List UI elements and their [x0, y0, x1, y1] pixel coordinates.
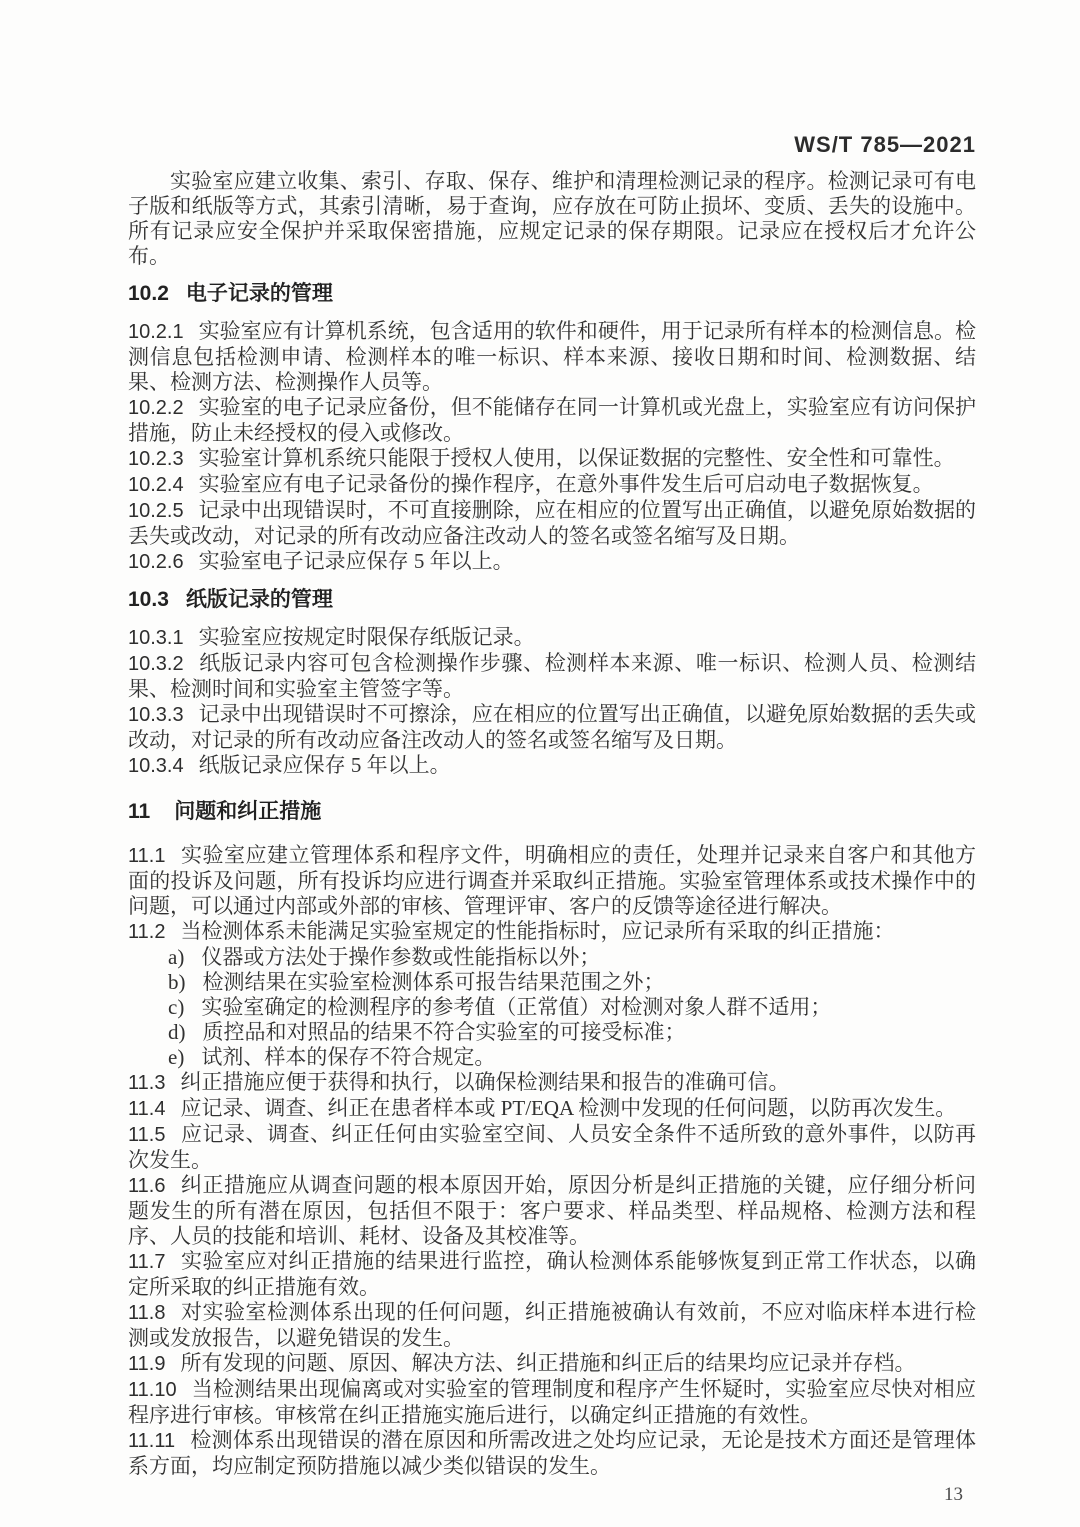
clause-11-7: 11.7实验室应对纠正措施的结果进行监控，确认检测体系能够恢复到正常工作状态，以… [128, 1249, 976, 1300]
clause-11-10: 11.10当检测结果出现偏离或对实验室的管理制度和程序产生怀疑时，实验室应尽快对… [128, 1377, 976, 1428]
clause-10-3-2: 10.3.2纸版记录内容可包含检测操作步骤、检测样本来源、唯一标识、检测人员、检… [128, 651, 976, 702]
list-item-label: d) [168, 1020, 186, 1044]
intro-paragraph: 实验室应建立收集、索引、存取、保存、维护和清理检测记录的程序。检测记录可有电子版… [128, 169, 976, 269]
clause-number: 11.7 [128, 1251, 165, 1273]
clause-text: 实验室计算机系统只能限于授权人使用，以保证数据的完整性、安全性和可靠性。 [199, 446, 955, 470]
section-title: 电子记录的管理 [186, 282, 333, 305]
list-item-label: b) [168, 970, 186, 994]
clause-number: 11.10 [128, 1379, 177, 1401]
clause-number: 11.5 [128, 1124, 165, 1146]
list-item-label: e) [168, 1045, 184, 1069]
clause-text: 纸版记录应保存 5 年以上。 [199, 753, 451, 777]
clause-10-2-1: 10.2.1实验室应有计算机系统，包含适用的软件和硬件，用于记录所有样本的检测信… [128, 319, 976, 395]
clause-11-5: 11.5应记录、调查、纠正任何由实验室空间、人员安全条件不适所致的意外事件，以防… [128, 1122, 976, 1173]
clause-11-9: 11.9所有发现的问题、原因、解决方法、纠正措施和纠正后的结果均应记录并存档。 [128, 1351, 976, 1377]
clause-11-6: 11.6纠正措施应从调查问题的根本原因开始，原因分析是纠正措施的关键，应仔细分析… [128, 1173, 976, 1249]
clause-text: 纠正措施应从调查问题的根本原因开始，原因分析是纠正措施的关键，应仔细分析问题发生… [128, 1173, 976, 1248]
clause-number: 10.3.2 [128, 653, 184, 675]
clause-number: 11.11 [128, 1430, 175, 1452]
clause-text: 实验室应有计算机系统，包含适用的软件和硬件，用于记录所有样本的检测信息。检测信息… [128, 319, 976, 394]
list-item-text: 仪器或方法处于操作参数或性能指标以外； [201, 945, 600, 969]
list-item-b: b)检测结果在实验室检测体系可报告结果范围之外； [128, 970, 976, 995]
clause-number: 10.2.1 [128, 321, 184, 343]
clause-number: 10.3.1 [128, 627, 184, 649]
clause-11-8: 11.8对实验室检测体系出现的任何问题，纠正措施被确认有效前，不应对临床样本进行… [128, 1300, 976, 1351]
clause-text: 记录中出现错误时不可擦涂，应在相应的位置写出正确值，以避免原始数据的丢失或改动，… [128, 702, 976, 752]
list-item-label: a) [168, 945, 184, 969]
section-title: 问题和纠正措施 [174, 800, 321, 823]
clause-10-3-3: 10.3.3记录中出现错误时不可擦涂，应在相应的位置写出正确值，以避免原始数据的… [128, 702, 976, 753]
clause-number: 10.2.4 [128, 474, 184, 496]
clause-text: 实验室电子记录应保存 5 年以上。 [199, 549, 514, 573]
clause-text: 纠正措施应便于获得和执行，以确保检测结果和报告的准确可信。 [180, 1070, 789, 1094]
clause-number: 11.4 [128, 1098, 165, 1120]
clause-text: 实验室应对纠正措施的结果进行监控，确认检测体系能够恢复到正常工作状态，以确定所采… [128, 1249, 976, 1299]
clause-text: 所有发现的问题、原因、解决方法、纠正措施和纠正后的结果均应记录并存档。 [180, 1351, 915, 1375]
clause-number: 10.2.3 [128, 448, 184, 470]
clause-text: 检测体系出现错误的潜在原因和所需改进之处均应记录，无论是技术方面还是管理体系方面… [128, 1428, 976, 1478]
clause-number: 10.2.2 [128, 397, 184, 419]
clause-number: 10.3.3 [128, 704, 184, 726]
clause-11-11: 11.11检测体系出现错误的潜在原因和所需改进之处均应记录，无论是技术方面还是管… [128, 1428, 976, 1479]
clause-text: 实验室应建立管理体系和程序文件，明确相应的责任，处理并记录来自客户和其他方面的投… [128, 843, 976, 918]
clause-number: 10.2.5 [128, 500, 184, 522]
section-heading-10-3: 10.3纸版记录的管理 [128, 587, 976, 612]
section-heading-11: 11问题和纠正措施 [128, 799, 976, 824]
standard-number-header: WS/T 785—2021 [128, 133, 976, 157]
section-title: 纸版记录的管理 [186, 588, 333, 611]
section-heading-10-2: 10.2电子记录的管理 [128, 281, 976, 306]
clause-11-1: 11.1实验室应建立管理体系和程序文件，明确相应的责任，处理并记录来自客户和其他… [128, 843, 976, 919]
section-number: 11 [128, 800, 150, 823]
list-item-e: e)试剂、样本的保存不符合规定。 [128, 1045, 976, 1070]
clause-text: 应记录、调查、纠正任何由实验室空间、人员安全条件不适所致的意外事件，以防再次发生… [128, 1122, 976, 1172]
section-number: 10.2 [128, 282, 169, 305]
clause-text: 实验室的电子记录应备份，但不能储存在同一计算机或光盘上，实验室应有访问保护措施，… [128, 395, 976, 445]
clause-11-2: 11.2当检测体系未能满足实验室规定的性能指标时，应记录所有采取的纠正措施： [128, 919, 976, 945]
clause-text: 纸版记录内容可包含检测操作步骤、检测样本来源、唯一标识、检测人员、检测结果、检测… [128, 651, 976, 701]
clause-11-3: 11.3纠正措施应便于获得和执行，以确保检测结果和报告的准确可信。 [128, 1070, 976, 1096]
list-item-text: 试剂、样本的保存不符合规定。 [201, 1045, 495, 1069]
clause-text: 记录中出现错误时，不可直接删除，应在相应的位置写出正确值，以避免原始数据的丢失或… [128, 498, 976, 548]
section-number: 10.3 [128, 588, 169, 611]
list-item-c: c)实验室确定的检测程序的参考值（正常值）对检测对象人群不适用； [128, 995, 976, 1020]
list-item-d: d)质控品和对照品的结果不符合实验室的可接受标准； [128, 1020, 976, 1045]
clause-10-2-6: 10.2.6实验室电子记录应保存 5 年以上。 [128, 549, 976, 575]
list-item-a: a)仪器或方法处于操作参数或性能指标以外； [128, 945, 976, 970]
clause-number: 11.3 [128, 1072, 165, 1094]
clause-number: 11.2 [128, 921, 165, 943]
clause-10-2-4: 10.2.4实验室应有电子记录备份的操作程序，在意外事件发生后可启动电子数据恢复… [128, 472, 976, 498]
clause-number: 11.6 [128, 1175, 165, 1197]
clause-text: 当检测结果出现偏离或对实验室的管理制度和程序产生怀疑时，实验室应尽快对相应程序进… [128, 1377, 976, 1427]
list-item-label: c) [168, 995, 184, 1019]
clause-number: 11.1 [128, 845, 165, 867]
page-number: 13 [128, 1482, 976, 1507]
clause-text: 实验室应按规定时限保存纸版记录。 [199, 625, 535, 649]
clause-10-2-3: 10.2.3实验室计算机系统只能限于授权人使用，以保证数据的完整性、安全性和可靠… [128, 446, 976, 472]
clause-text: 应记录、调查、纠正在患者样本或 PT/EQA 检测中发现的任何问题，以防再次发生… [180, 1096, 956, 1120]
clause-10-2-5: 10.2.5记录中出现错误时，不可直接删除，应在相应的位置写出正确值，以避免原始… [128, 498, 976, 549]
clause-10-2-2: 10.2.2实验室的电子记录应备份，但不能储存在同一计算机或光盘上，实验室应有访… [128, 395, 976, 446]
list-item-text: 质控品和对照品的结果不符合实验室的可接受标准； [203, 1020, 686, 1044]
clause-number: 10.3.4 [128, 755, 184, 777]
clause-text: 实验室应有电子记录备份的操作程序，在意外事件发生后可启动电子数据恢复。 [199, 472, 934, 496]
clause-number: 10.2.6 [128, 551, 184, 573]
document-page: WS/T 785—2021 实验室应建立收集、索引、存取、保存、维护和清理检测记… [0, 0, 1080, 1527]
clause-10-3-1: 10.3.1实验室应按规定时限保存纸版记录。 [128, 625, 976, 651]
clause-text: 当检测体系未能满足实验室规定的性能指标时，应记录所有采取的纠正措施： [180, 919, 894, 943]
list-item-text: 检测结果在实验室检测体系可报告结果范围之外； [203, 970, 665, 994]
clause-text: 对实验室检测体系出现的任何问题，纠正措施被确认有效前，不应对临床样本进行检测或发… [128, 1300, 976, 1350]
clause-number: 11.9 [128, 1353, 165, 1375]
clause-11-4: 11.4应记录、调查、纠正在患者样本或 PT/EQA 检测中发现的任何问题，以防… [128, 1096, 976, 1122]
list-item-text: 实验室确定的检测程序的参考值（正常值）对检测对象人群不适用； [201, 995, 831, 1019]
clause-number: 11.8 [128, 1302, 165, 1324]
clause-10-3-4: 10.3.4纸版记录应保存 5 年以上。 [128, 753, 976, 779]
